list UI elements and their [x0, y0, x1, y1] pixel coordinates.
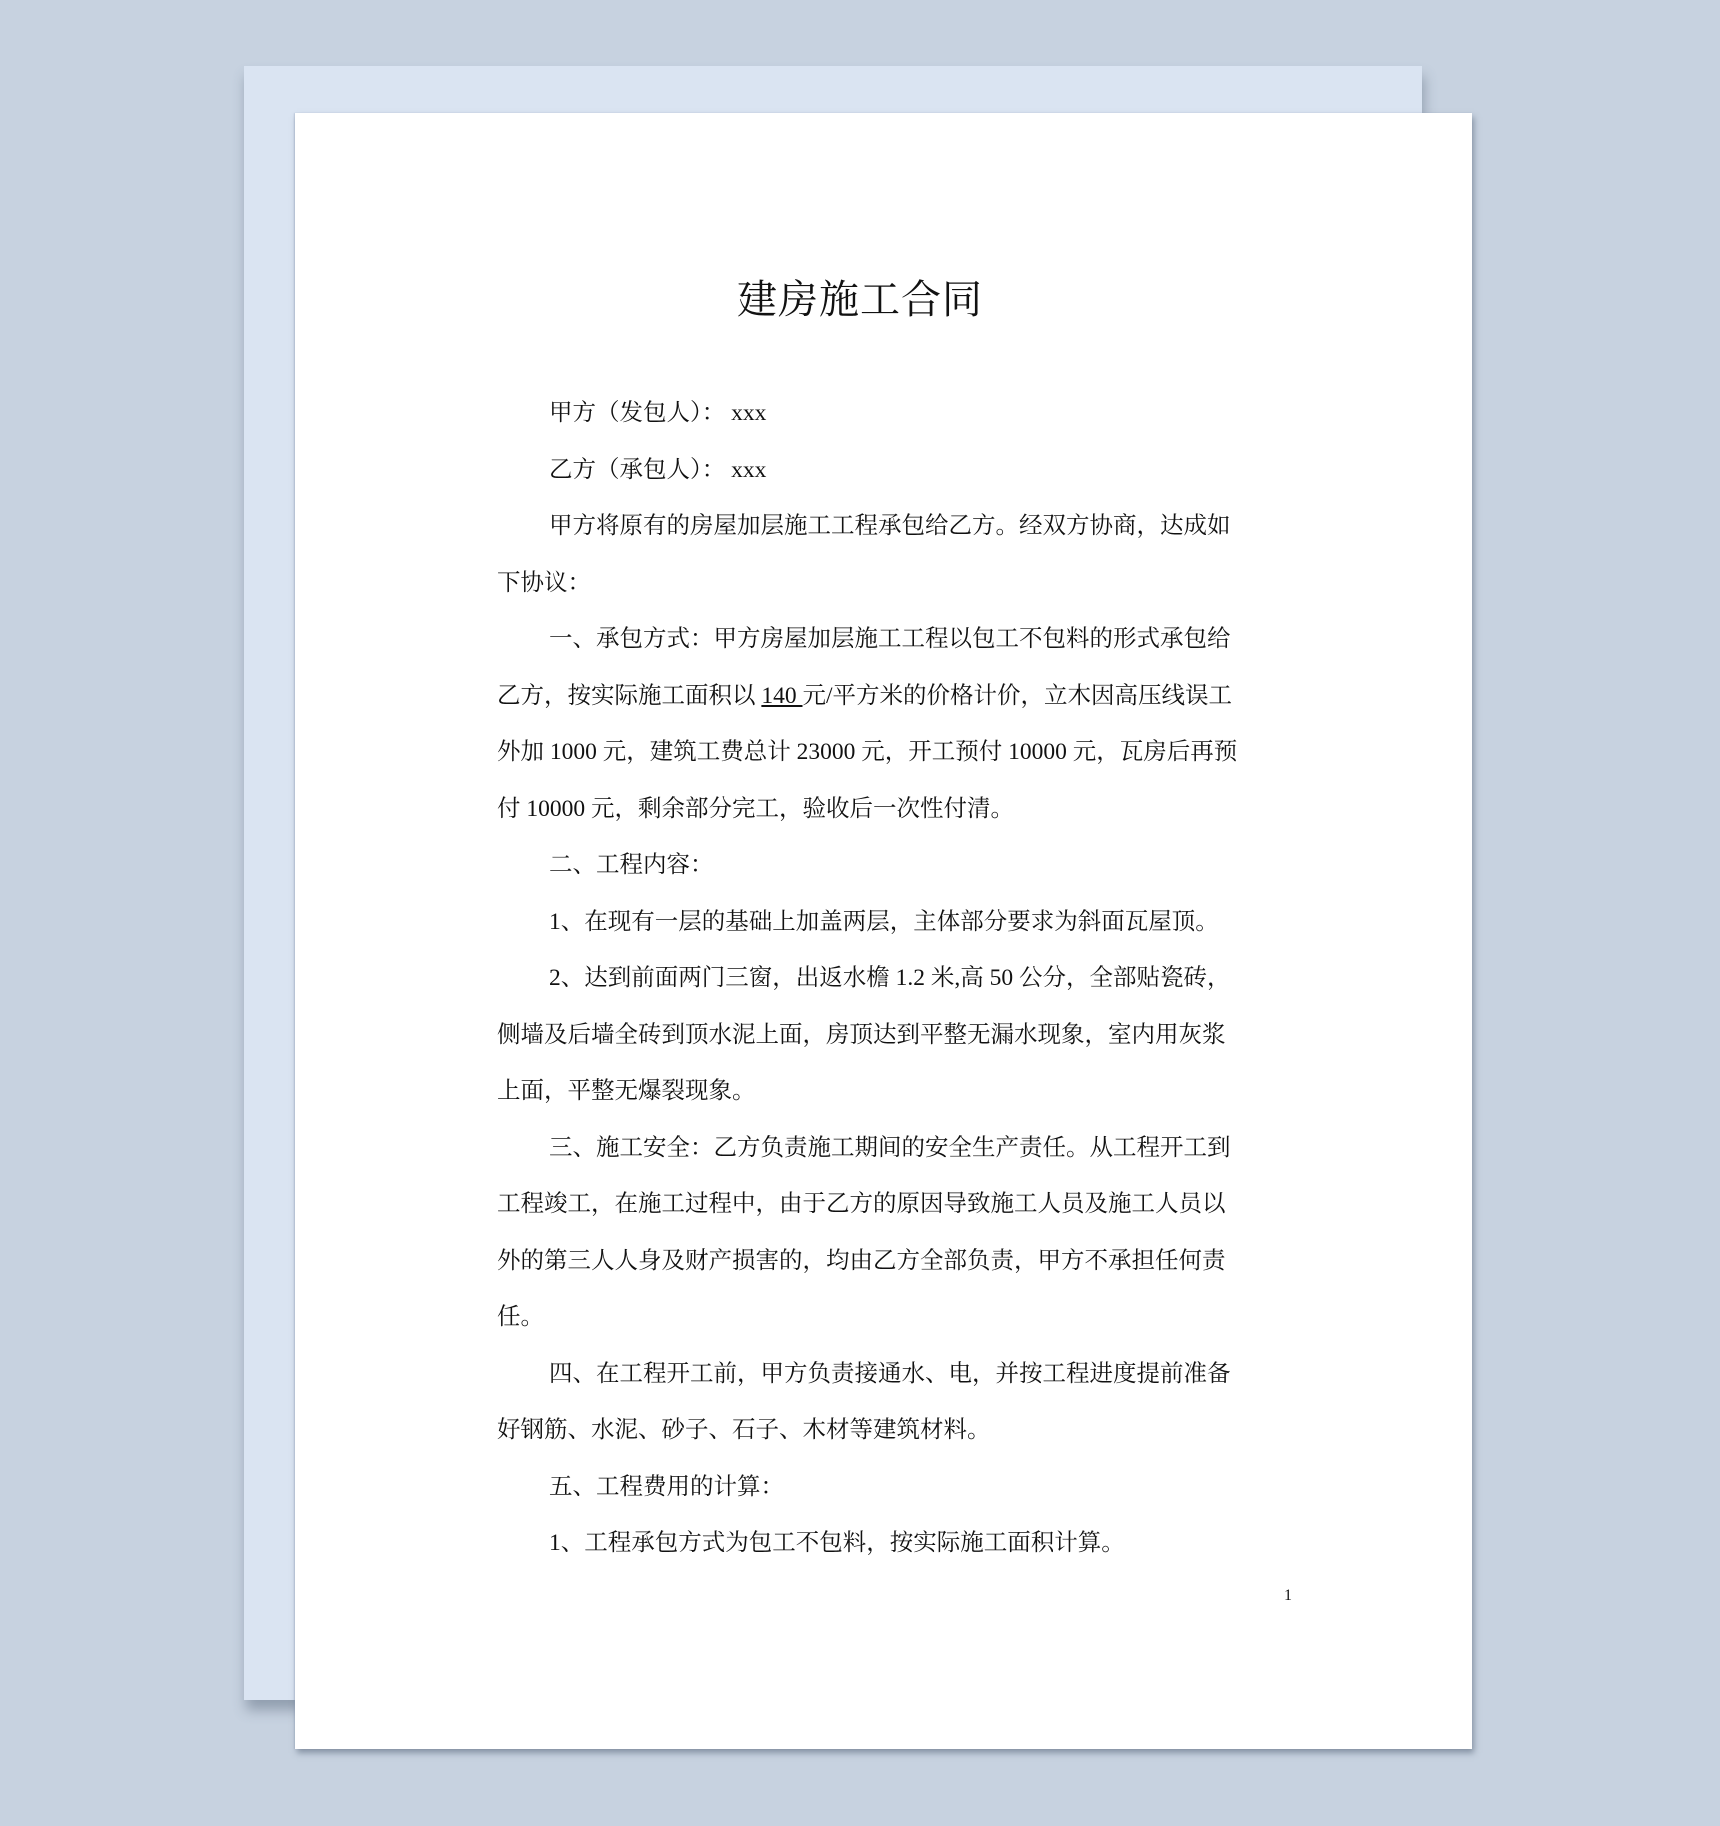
document-title: 建房施工合同	[0, 272, 1720, 328]
section-3-line: 外的第三人人身及财产损害的，均由乙方全部负责，甲方不承担任何责	[497, 1241, 1226, 1281]
intro-paragraph-line: 甲方将原有的房屋加层施工工程承包给乙方。经双方协商，达成如	[549, 506, 1231, 546]
section-1-line: 付 10000 元，剩余部分完工，验收后一次性付清。	[497, 789, 1014, 829]
section-2-item-1: 1、在现有一层的基础上加盖两层，主体部分要求为斜面瓦屋顶。	[549, 902, 1219, 942]
section-4-line: 四、在工程开工前，甲方负责接通水、电，并按工程进度提前准备	[549, 1354, 1231, 1394]
section-3-line: 工程竣工，在施工过程中，由于乙方的原因导致施工人员及施工人员以	[497, 1184, 1226, 1224]
section-2-item-2: 2、达到前面两门三窗，出返水檐 1.2 米,高 50 公分，全部贴瓷砖，	[549, 958, 1231, 998]
price-prefix: 乙方，按实际施工面积以	[497, 683, 761, 709]
price-suffix: 元/平方米的价格计价，立木因高压线误工	[803, 683, 1233, 709]
page-number: 1	[1284, 1586, 1292, 1606]
section-2-item-2: 侧墙及后墙全砖到顶水泥上面，房顶达到平整无漏水现象，室内用灰浆	[497, 1015, 1226, 1055]
section-4-line: 好钢筋、水泥、砂子、石子、木材等建筑材料。	[497, 1410, 991, 1450]
section-1-line: 外加 1000 元，建筑工费总计 23000 元，开工预付 10000 元，瓦房…	[497, 732, 1237, 772]
section-1-line: 一、承包方式：甲方房屋加层施工工程以包工不包料的形式承包给	[549, 619, 1231, 659]
section-5-heading: 五、工程费用的计算：	[549, 1467, 784, 1507]
section-3-line: 任。	[497, 1297, 544, 1337]
party-b-line: 乙方（承包人）： xxx	[549, 450, 766, 490]
intro-paragraph-line: 下协议：	[497, 563, 591, 603]
section-2-item-2: 上面，平整无爆裂现象。	[497, 1071, 756, 1111]
section-5-item-1: 1、工程承包方式为包工不包料，按实际施工面积计算。	[549, 1523, 1125, 1563]
section-3-line: 三、施工安全：乙方负责施工期间的安全生产责任。从工程开工到	[549, 1128, 1231, 1168]
section-2-heading: 二、工程内容：	[549, 845, 714, 885]
party-a-line: 甲方（发包人）： xxx	[549, 393, 766, 433]
unit-price-underlined: 140	[761, 683, 802, 709]
section-1-line: 乙方，按实际施工面积以 140 元/平方米的价格计价，立木因高压线误工	[497, 676, 1232, 716]
